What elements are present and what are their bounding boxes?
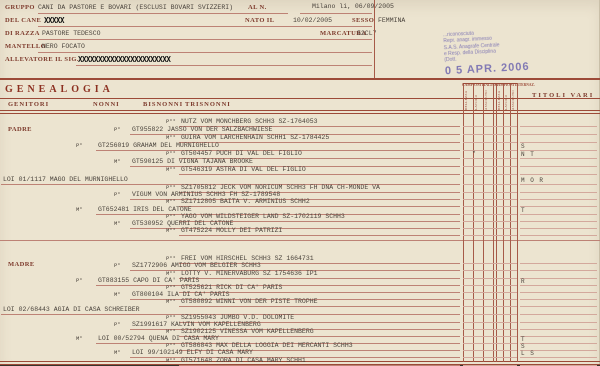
pedigree-marker: M°°: [166, 227, 176, 234]
pedigree-marker: P°: [114, 126, 121, 133]
titoli-row-rule: [520, 214, 597, 215]
pedigree-marker: P°: [76, 277, 83, 284]
genealogia-title: GENEALOGIA: [5, 84, 114, 95]
titoli-row-rule: [520, 329, 597, 330]
pedigree-entry: SZ1955043 JUMBO V.D. DOLOMITE: [181, 314, 294, 321]
titoli-row-rule: [520, 235, 597, 236]
divider: [374, 0, 375, 79]
pedigree-marker: M°°: [166, 298, 176, 305]
campioni-row-rule: [463, 322, 517, 323]
titoli-row-rule: [520, 357, 597, 358]
padre-label: PADRE: [8, 126, 32, 133]
pedigree-marker: P°°: [166, 314, 176, 321]
campioni-subcol-label: ASSOLUTO: [484, 93, 488, 110]
titoli-row-rule: [520, 343, 597, 344]
di-razza-label: DI RAZZA: [5, 30, 40, 37]
pedigree-entry: GT525621 RICK DI CA' PARIS: [181, 284, 282, 291]
titoli-vari-value: T: [521, 336, 526, 343]
sesso-label: SESSO: [352, 17, 374, 24]
pedigree-marker: M°: [114, 158, 121, 165]
pedigree-entry: GT883155 CAPO DI CA' PARIS: [98, 277, 199, 284]
campioni-row-rule: [463, 166, 517, 167]
dog-name-redacted: XXXXX: [44, 16, 64, 25]
pedigree-marker: M°: [114, 349, 121, 356]
pedigree-entry-rule: [179, 142, 460, 143]
titoli-row-rule: [520, 221, 597, 222]
pedigree-marker: P°°: [166, 184, 176, 191]
titoli-row-rule: [520, 314, 597, 315]
campioni-subcol-label: LAVORO: [504, 93, 508, 110]
campioni-internaz-header: CAMPIONI INTERNAZ.: [495, 84, 518, 88]
campioni-row-rule: [463, 278, 517, 279]
campioni-row-rule: [463, 158, 517, 159]
pedigree-entry: SZ1705812 JECK VOM NORICUM SCHH3 FH DNA …: [181, 184, 380, 191]
mantello-value: NERO FOCATO: [42, 43, 85, 50]
rule: [38, 52, 372, 53]
titoli-row-rule: [520, 336, 597, 337]
pedigree-entry-rule: [179, 206, 460, 207]
rule: [38, 39, 372, 40]
campioni-column-line: [503, 83, 504, 362]
titoli-row-rule: [520, 174, 597, 175]
rule: [300, 13, 372, 14]
pedigree-marker: P°°: [166, 150, 176, 157]
pedigree-entry: GT475224 MOLLY DEI PATRIZI: [181, 227, 282, 234]
gruppo-value: CANI DA PASTORE E BOVARI (ESCLUSI BOVARI…: [38, 4, 233, 11]
campioni-row-rule: [463, 263, 517, 264]
campioni-row-rule: [463, 292, 517, 293]
pedigree-entry-rule: [179, 336, 460, 337]
campioni-mark: *: [472, 150, 476, 157]
campioni-row-rule: [463, 350, 517, 351]
campioni-row-rule: [463, 192, 517, 193]
campioni-row-rule: [463, 184, 517, 185]
campioni-row-rule: [463, 314, 517, 315]
pedigree-marker: P°°: [166, 255, 176, 262]
stamp-date: 0 5 APR. 2006: [445, 61, 530, 77]
pedigree-entry: GT800104 ILA DI CA' PARIS: [132, 291, 230, 298]
pedigree-marker: M°: [114, 220, 121, 227]
nato-il-value: 10/02/2005: [293, 17, 332, 24]
campioni-row-rule: [463, 336, 517, 337]
pedigree-entry: GT586843 MAX DELLA LOGGIA DEI MERCANTI S…: [181, 342, 353, 349]
titoli-row-rule: [520, 158, 597, 159]
titoli-vari-value: T: [521, 207, 526, 214]
pedigree-marker: M°°: [166, 134, 176, 141]
pedigree-marker: P°: [114, 321, 121, 328]
col-nonni: NONNI: [93, 101, 120, 108]
sesso-value: FEMMINA: [378, 17, 405, 24]
campioni-row-rule: [463, 270, 517, 271]
campioni-row-rule: [463, 343, 517, 344]
campioni-column-line: [510, 83, 511, 362]
titoli-vari-value: L S: [521, 350, 535, 357]
approval-stamp: ...riconosciuta Repr. anagr. immesso S.A…: [443, 28, 530, 78]
allevatore-label: ALLEVATORE IL SIG.: [5, 56, 79, 63]
campioni-row-rule: [463, 299, 517, 300]
pedigree-entry-rule: [179, 174, 460, 175]
del-cane-label: DEL CANE: [5, 17, 41, 24]
pedigree-entry: VIGUM VON ARMINIUS SCHH3 FH SZ-1789548: [132, 191, 280, 198]
campioni-row-rule: [463, 126, 517, 127]
campioni-subcol-label: BELLEZZA: [464, 93, 468, 110]
titoli-row-rule: [520, 285, 597, 286]
pedigree-marker: P°°: [166, 118, 176, 125]
campioni-row-rule: [463, 174, 517, 175]
titoli-row-rule: [520, 322, 597, 323]
pedigree-entry: FREI VOM HIRSCHEL SCHH3 SZ 1664731: [181, 255, 314, 262]
pedigree-entry: LOTTY V. MINERVABURG SZ 1754636 IP1: [181, 270, 318, 277]
titoli-row-rule: [520, 306, 597, 307]
col-genitori: GENITORI: [8, 101, 49, 108]
di-razza-value: PASTORE TEDESCO: [42, 30, 101, 37]
campioni-column-line: [496, 83, 497, 362]
campioni-row-rule: [463, 206, 517, 207]
campioni-top-rule: [463, 83, 517, 84]
campioni-column-line: [463, 83, 464, 362]
titoli-vari-value: N T: [521, 151, 535, 158]
nato-il-label: NATO IL: [245, 17, 274, 24]
pedigree-entry: GT590125 DI VIGNA TAJANA BROOKE: [132, 158, 253, 165]
campioni-row-rule: [463, 142, 517, 143]
pedigree-entry-rule: [179, 278, 460, 279]
campioni-row-rule: [463, 228, 517, 229]
titoli-row-rule: [520, 192, 597, 193]
campioni-row-rule: [463, 357, 517, 358]
pedigree-entry: YAGO VOM WILDSTEIGER LAND SZ-1702119 SCH…: [181, 213, 345, 220]
titoli-row-rule: [520, 292, 597, 293]
pedigree-marker: M°°: [166, 357, 176, 364]
titoli-row-rule: [520, 142, 597, 143]
titoli-row-rule: [520, 228, 597, 229]
pedigree-marker: P°°: [166, 213, 176, 220]
section-rule: [0, 78, 600, 80]
pedigree-entry-rule: [130, 228, 460, 229]
place-date: Milano li, 06/09/2005: [312, 3, 394, 10]
campioni-subcol-label: BELLEZZA: [497, 93, 501, 110]
madre-label: MADRE: [8, 261, 35, 268]
pedigree-entry: SZ1991617 KALVIN VOM KAPELLENBERG: [132, 321, 261, 328]
pedigree-entry: GT504457 PUCH DI VAL DEL FIGLIO: [181, 150, 302, 157]
pedigree-marker: P°°: [166, 284, 176, 291]
al-n-label: AL N.: [248, 4, 267, 11]
breeder-name-redacted: XXXXXXXXXXXXXXXXXXXXXXX: [78, 55, 170, 64]
pedigree-marker: M°°: [166, 328, 176, 335]
campioni-row-rule: [463, 306, 517, 307]
pedigree-marker: P°: [76, 142, 83, 149]
pedigree-entry: LOI 02/68443 AGIA DI CASA SCHREIBER: [3, 306, 140, 313]
campioni-subcol-label: ASSOLUTO: [511, 93, 515, 110]
campioni-italiani-header: CAMPIONI ITALIANI: [462, 84, 494, 88]
pedigree-entry: GT955822 JASSO VON DER SALZBACHWIESE: [132, 126, 272, 133]
pedigree-entry: LOI 99/102149 ELFY DI CASA MARY: [132, 349, 253, 356]
titoli-vari-value: S: [521, 343, 526, 350]
pedigree-marker: M°°: [166, 166, 176, 173]
titoli-row-rule: [520, 134, 597, 135]
campioni-row-rule: [463, 285, 517, 286]
pedigree-entry: GT571648 ZORA DI CASA MARY SCHH1: [181, 357, 306, 364]
campioni-column-line: [493, 83, 494, 362]
campioni-row-rule: [463, 214, 517, 215]
mantello-label: MANTELLO: [5, 43, 46, 50]
col-trisnonni: TRISNONNI: [185, 101, 231, 108]
rule: [38, 13, 288, 14]
gruppo-label: GRUPPO: [5, 4, 35, 11]
campioni-row-rule: [463, 329, 517, 330]
pedigree-marker: M°: [76, 206, 83, 213]
pedigree-entry: LOI 01/1117 MAGO DEL MURNIGHELLO: [3, 176, 128, 183]
pedigree-marker: M°: [114, 291, 121, 298]
pedigree-entry-rule: [179, 235, 460, 236]
pedigree-entry-rule: [179, 306, 460, 307]
titoli-vari-value: R: [521, 278, 526, 285]
campioni-column-line: [473, 83, 474, 362]
campioni-row-rule: [463, 221, 517, 222]
titoli-row-rule: [520, 278, 597, 279]
pedigree-entry: GUIRA VOM LARCHENHAIN SCHH1 SZ-1784425: [181, 134, 329, 141]
pedigree-marker: M°: [76, 335, 83, 342]
campioni-column-line: [483, 83, 484, 362]
titoli-row-rule: [520, 263, 597, 264]
titoli-row-rule: [520, 166, 597, 167]
col-bisnonni: BISNONNI: [143, 101, 183, 108]
campioni-row-rule: [463, 235, 517, 236]
titoli-row-rule: [520, 270, 597, 271]
titoli-row-rule: [520, 184, 597, 185]
pedigree-entry: GT546319 ASTRA DI VAL DEL FIGLIO: [181, 166, 306, 173]
campioni-row-rule: [463, 199, 517, 200]
pedigree-entry: NUTZ VOM MONCHBERG SCHH3 SZ-1764053: [181, 118, 318, 125]
titoli-vari-value: S: [521, 143, 526, 150]
pedigree-entry: GT580892 WINNI VON DER PISTE TROPHE: [181, 298, 318, 305]
titoli-row-rule: [520, 126, 597, 127]
pedigree-marker: M°°: [166, 198, 176, 205]
pedigree-entry: SZ1712805 BAITA V. ARMINIUS SCHH2: [181, 198, 310, 205]
titoli-row-rule: [520, 199, 597, 200]
pedigree-entry: SZ1902125 VINESSA VOM KAPELLENBERG: [181, 328, 314, 335]
pedigree-entry: SZ1772906 AMIGO VOM BELGIER SCHH3: [132, 262, 261, 269]
pedigree-marker: M°°: [166, 270, 176, 277]
pedigree-entry: GT652481 IRIS DEL CATONE: [98, 206, 192, 213]
titoli-row-rule: [520, 299, 597, 300]
campioni-row-rule: [463, 134, 517, 135]
pedigree-marker: P°: [114, 262, 121, 269]
pedigree-marker: P°°: [166, 342, 176, 349]
titoli-vari-value: M O R: [521, 177, 544, 184]
rule: [76, 65, 372, 66]
pedigree-marker: P°: [114, 191, 121, 198]
pedigree-document: GRUPPO CANI DA PASTORE E BOVARI (ESCLUSI…: [0, 0, 600, 366]
titoli-row-rule: [520, 206, 597, 207]
pedigree-entry: GT530952 QUERRI DEL CATONE: [132, 220, 233, 227]
campioni-column-line: [517, 83, 518, 362]
titoli-vari-header: TITOLI VARI: [532, 92, 594, 99]
campioni-subcol-label: LAVORO: [474, 93, 478, 110]
pedigree-entry: LOI 00/52794 QUENA DI CASA MARY: [98, 335, 219, 342]
rule: [38, 26, 372, 27]
pedigree-entry: GT256019 GRAHAM DEL MURNIGHELLO: [98, 142, 219, 149]
